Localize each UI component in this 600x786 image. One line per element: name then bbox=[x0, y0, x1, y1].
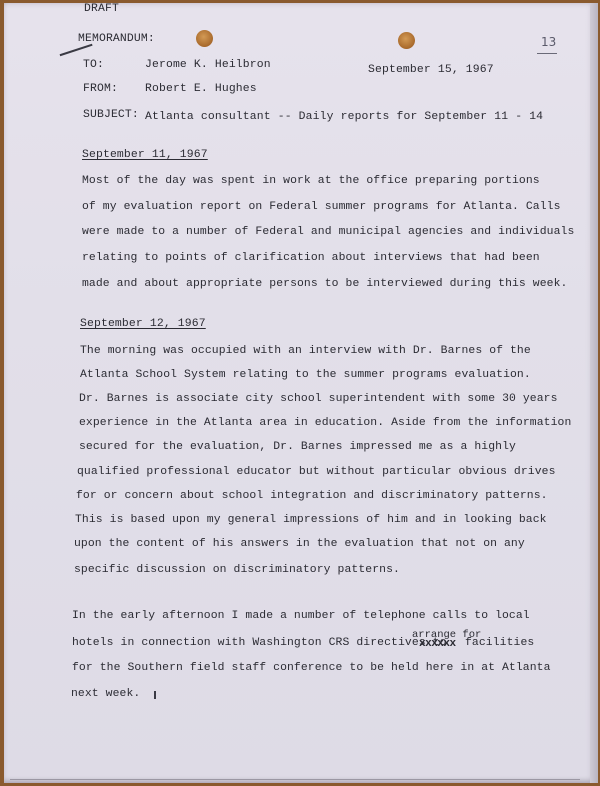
body-line: for the Southern field staff conference … bbox=[72, 662, 551, 674]
body-line: relating to points of clarification abou… bbox=[82, 252, 540, 264]
subject-label: SUBJECT: bbox=[83, 109, 139, 121]
subject-value: Atlanta consultant -- Daily reports for … bbox=[145, 111, 543, 123]
section-heading-sep-11: September 11, 1967 bbox=[82, 149, 208, 161]
body-line: of my evaluation report on Federal summe… bbox=[82, 201, 561, 213]
struck-out-word: xxxxxx bbox=[419, 638, 456, 650]
pen-stroke bbox=[60, 44, 93, 56]
body-line: for or concern about school integration … bbox=[76, 490, 548, 502]
body-line-continued: facilities bbox=[465, 637, 534, 649]
page-number-underline bbox=[537, 53, 557, 54]
body-line: qualified professional educator but with… bbox=[77, 466, 556, 478]
memorandum-label: MEMORANDUM: bbox=[78, 33, 155, 45]
body-line: upon the content of his answers in the e… bbox=[74, 538, 525, 550]
body-line: experience in the Atlanta area in educat… bbox=[79, 417, 571, 429]
memo-page: DRAFT MEMORANDUM: 13 TO: Jerome K. Heilb… bbox=[4, 3, 598, 783]
body-line: Dr. Barnes is associate city school supe… bbox=[79, 393, 558, 405]
punch-hole-left bbox=[196, 30, 213, 47]
body-line: made and about appropriate persons to be… bbox=[82, 278, 567, 290]
body-line: Most of the day was spent in work at the… bbox=[82, 175, 540, 187]
to-label: TO: bbox=[83, 59, 104, 71]
bottom-crease bbox=[10, 779, 580, 780]
memo-date: September 15, 1967 bbox=[368, 64, 494, 76]
to-value: Jerome K. Heilbron bbox=[145, 59, 271, 71]
page-edge bbox=[590, 3, 598, 783]
from-label: FROM: bbox=[83, 83, 118, 95]
body-line: The morning was occupied with an intervi… bbox=[80, 345, 531, 357]
body-line: next week. bbox=[71, 688, 140, 700]
draft-label: DRAFT bbox=[84, 3, 119, 15]
from-value: Robert E. Hughes bbox=[145, 83, 257, 95]
section-heading-sep-12: September 12, 1967 bbox=[80, 318, 206, 330]
body-line: hotels in connection with Washington CRS… bbox=[72, 637, 447, 649]
body-line: secured for the evaluation, Dr. Barnes i… bbox=[79, 441, 516, 453]
body-line: In the early afternoon I made a number o… bbox=[72, 610, 530, 622]
body-line: Atlanta School System relating to the su… bbox=[80, 369, 531, 381]
body-line: were made to a number of Federal and mun… bbox=[82, 226, 574, 238]
body-line: This is based upon my general impression… bbox=[75, 514, 547, 526]
body-line: specific discussion on discriminatory pa… bbox=[74, 564, 400, 576]
handwritten-page-number: 13 bbox=[541, 35, 556, 49]
punch-hole-right bbox=[398, 32, 415, 49]
pen-mark bbox=[154, 691, 156, 699]
